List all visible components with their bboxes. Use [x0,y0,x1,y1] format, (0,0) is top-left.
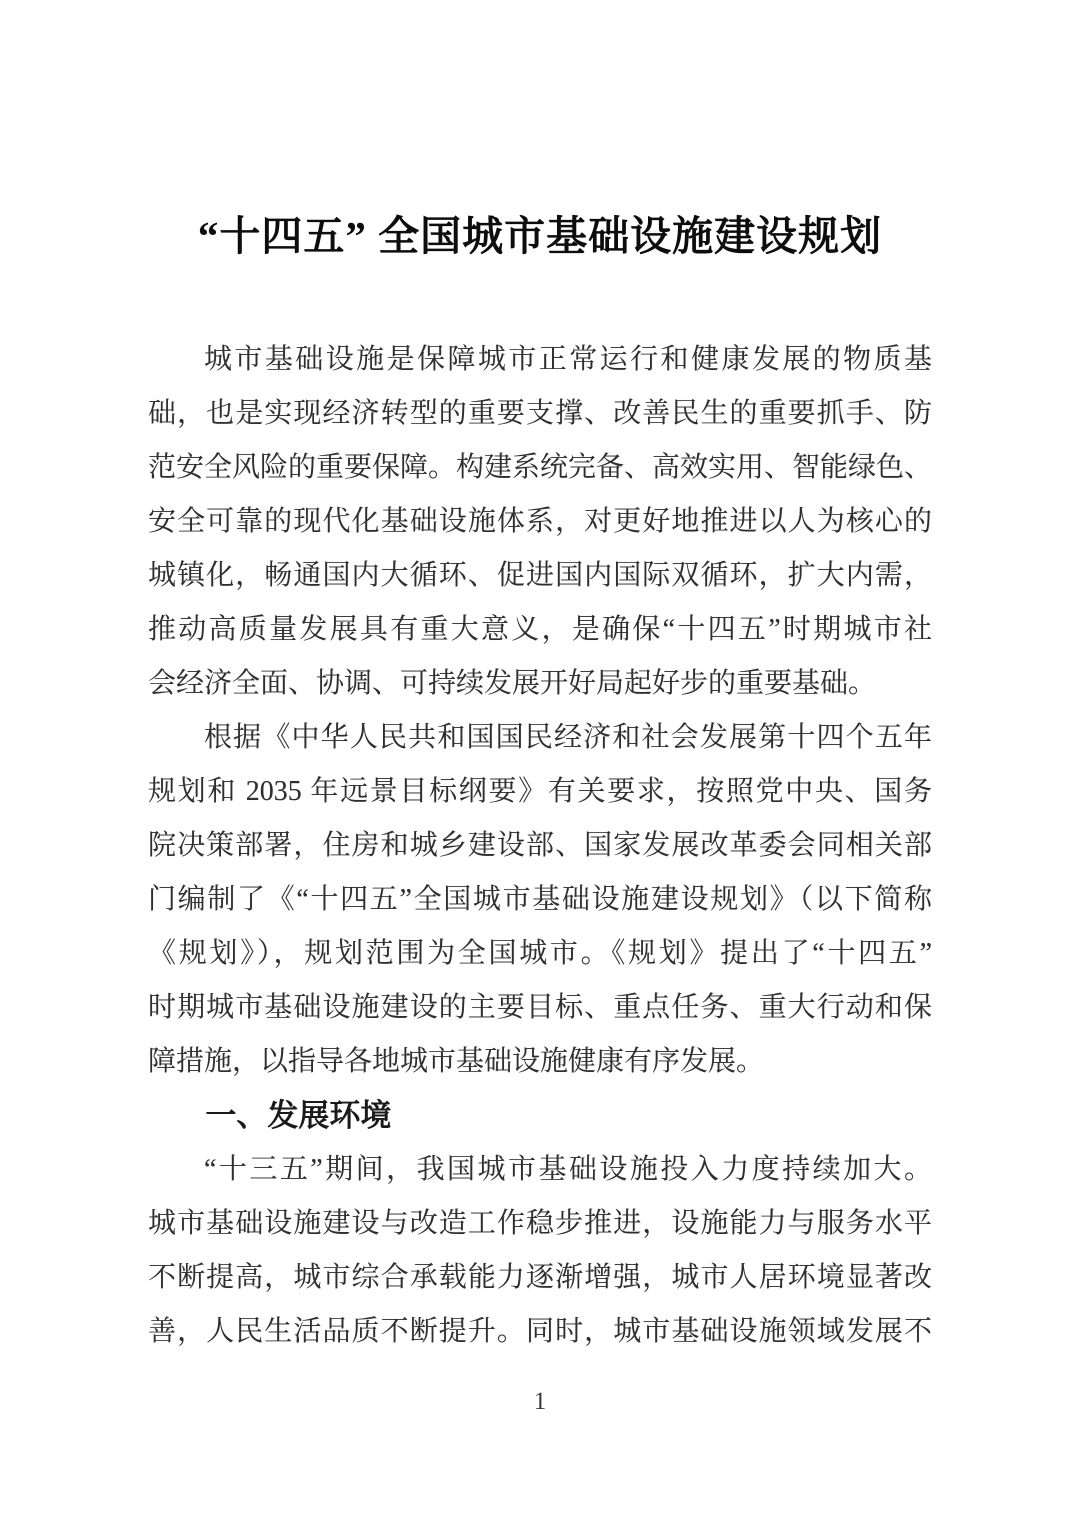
text-line: 《规划》），规划范围为全国城市。《规划》提出了“十四五” [148,927,932,981]
document-title: “十四五” 全国城市基础设施建设规划 [0,203,1080,262]
text-line: 善，人民生活品质不断提升。同时，城市基础设施领域发展不 [148,1305,932,1359]
text-line: 时期城市基础设施建设的主要目标、重点任务、重大行动和保 [148,981,932,1035]
text-line: 城镇化，畅通国内大循环、促进国内国际双循环，扩大内需， [148,549,932,603]
text-line: 门编制了《“十四五”全国城市基础设施建设规划》（以下简称 [148,873,932,927]
document-body: 城市基础设施是保障城市正常运行和健康发展的物质基础，也是实现经济转型的重要支撑、… [148,333,932,1359]
text-line: 城市基础设施建设与改造工作稳步推进，设施能力与服务水平 [148,1197,932,1251]
text-line: 安全可靠的现代化基础设施体系，对更好地推进以人为核心的 [148,495,932,549]
text-line: 城市基础设施是保障城市正常运行和健康发展的物质基 [148,333,932,387]
text-line: 础，也是实现经济转型的重要支撑、改善民生的重要抓手、防 [148,387,932,441]
text-line: 推动高质量发展具有重大意义，是确保“十四五”时期城市社 [148,603,932,657]
document-page: “十四五” 全国城市基础设施建设规划 城市基础设施是保障城市正常运行和健康发展的… [0,0,1080,1527]
text-line: 范安全风险的重要保障。构建系统完备、高效实用、智能绿色、 [148,441,932,495]
text-line: 根据《中华人民共和国国民经济和社会发展第十四个五年 [148,711,932,765]
section-heading: 一、发展环境 [148,1089,932,1143]
text-line: 不断提高，城市综合承载能力逐渐增强，城市人居环境显著改 [148,1251,932,1305]
page-number: 1 [0,1388,1080,1416]
text-line: 院决策部署，住房和城乡建设部、国家发展改革委会同相关部 [148,819,932,873]
text-line: 障措施，以指导各地城市基础设施健康有序发展。 [148,1035,932,1089]
text-line: 规划和 2035 年远景目标纲要》有关要求，按照党中央、国务 [148,765,932,819]
text-line: “十三五”期间，我国城市基础设施投入力度持续加大。 [148,1143,932,1197]
text-line: 会经济全面、协调、可持续发展开好局起好步的重要基础。 [148,657,932,711]
